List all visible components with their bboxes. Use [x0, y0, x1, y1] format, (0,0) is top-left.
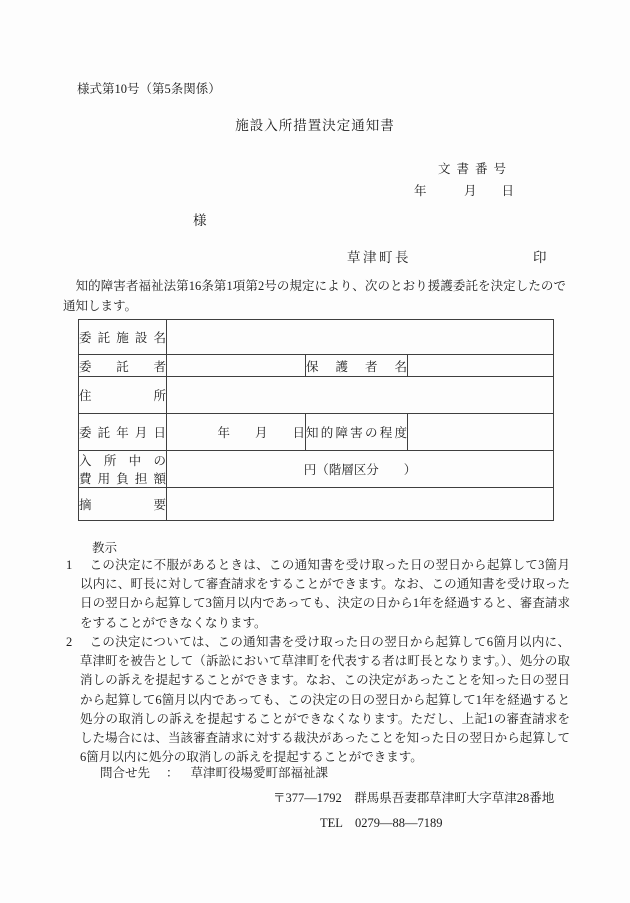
facility-label: 委託施設名 — [79, 320, 167, 355]
address-label: 住所 — [79, 377, 167, 414]
guardian-label: 保護者名 — [306, 355, 408, 377]
consignment-date-value: 年 月 日 — [167, 414, 306, 451]
postal-address: 〒377―1792 群馬県吾妻郡草津町大字草津28番地 — [273, 788, 554, 806]
doc-number-label: 文書番号 — [0, 159, 512, 177]
document-page: 様式第10号（第5条関係） 施設入所措置決定通知書 文書番号 年 月 日 様 草… — [0, 0, 630, 903]
address-row: 住所 — [79, 377, 554, 414]
cost-label-line2: 費用負担額 — [79, 469, 166, 487]
consignment-date-row: 委託年月日 年 月 日 知的障害の程度 — [79, 414, 554, 451]
addressee-suffix: 様 — [193, 209, 207, 229]
cost-label-line1: 入所中の — [79, 451, 166, 469]
contact-line: 問合せ先：草津町役場愛町部福祉課 — [100, 763, 328, 781]
intro-paragraph: 知的障害者福祉法第16条第1項第2号の規定により、次のとおり援護委託を決定したの… — [63, 276, 566, 316]
consignee-row: 委託者 保護者名 — [79, 355, 554, 377]
note-body-1: 1この決定に不服があるときは、この通知書を受け取った日の翌日から起算して3箇月以… — [66, 556, 570, 633]
remarks-value-cell — [167, 488, 554, 521]
note-item-2: 2この決定については、この通知書を受け取った日の翌日から起算して6箇月以内に、草… — [66, 633, 570, 767]
consignee-label: 委託者 — [79, 355, 167, 377]
facility-row: 委託施設名 — [79, 320, 554, 355]
cost-row: 入所中の 費用負担額 円（階層区分 ） — [79, 451, 554, 488]
consignee-value-cell — [167, 355, 306, 377]
document-title: 施設入所措置決定通知書 — [0, 114, 630, 134]
disability-degree-value-cell — [408, 414, 554, 451]
date-line: 年 月 日 — [0, 181, 514, 199]
cost-value: 円（階層区分 ） — [167, 451, 554, 488]
placement-table-wrapper: 委託施設名 委託者 保護者名 住所 委託年月日 年 月 日 知的障害の程度 — [78, 319, 554, 521]
placement-table: 委託施設名 委託者 保護者名 住所 委託年月日 年 月 日 知的障害の程度 — [78, 319, 554, 521]
address-value-cell — [167, 377, 554, 414]
notes-heading: 教示 — [92, 538, 117, 556]
note-body-2: 2この決定については、この通知書を受け取った日の翌日から起算して6箇月以内に、草… — [66, 633, 570, 767]
contact-office: 草津町役場愛町部福祉課 — [191, 766, 329, 780]
note-number-2: 2 — [66, 635, 72, 649]
issuer-name: 草津町長 — [347, 246, 411, 266]
remarks-row: 摘要 — [79, 488, 554, 521]
note-item-1: 1この決定に不服があるときは、この通知書を受け取った日の翌日から起算して3箇月以… — [66, 556, 570, 633]
seal-mark: 印 — [533, 246, 547, 266]
facility-value-cell — [167, 320, 554, 355]
remarks-label: 摘要 — [79, 488, 167, 521]
note-number-1: 1 — [66, 558, 72, 572]
disability-degree-label: 知的障害の程度 — [306, 414, 408, 451]
contact-separator: ： — [166, 766, 179, 780]
note-text-2: この決定については、この通知書を受け取った日の翌日から起算して6箇月以内に、草津… — [80, 635, 570, 764]
cost-label: 入所中の 費用負担額 — [79, 451, 167, 488]
form-number: 様式第10号（第5条関係） — [77, 79, 221, 97]
note-text-1: この決定に不服があるときは、この通知書を受け取った日の翌日から起算して3箇月以内… — [80, 558, 570, 630]
contact-label: 問合せ先 — [100, 766, 150, 780]
consignment-date-label: 委託年月日 — [79, 414, 167, 451]
guardian-value-cell — [408, 355, 554, 377]
tel-line: TEL 0279―88―7189 — [320, 813, 442, 831]
